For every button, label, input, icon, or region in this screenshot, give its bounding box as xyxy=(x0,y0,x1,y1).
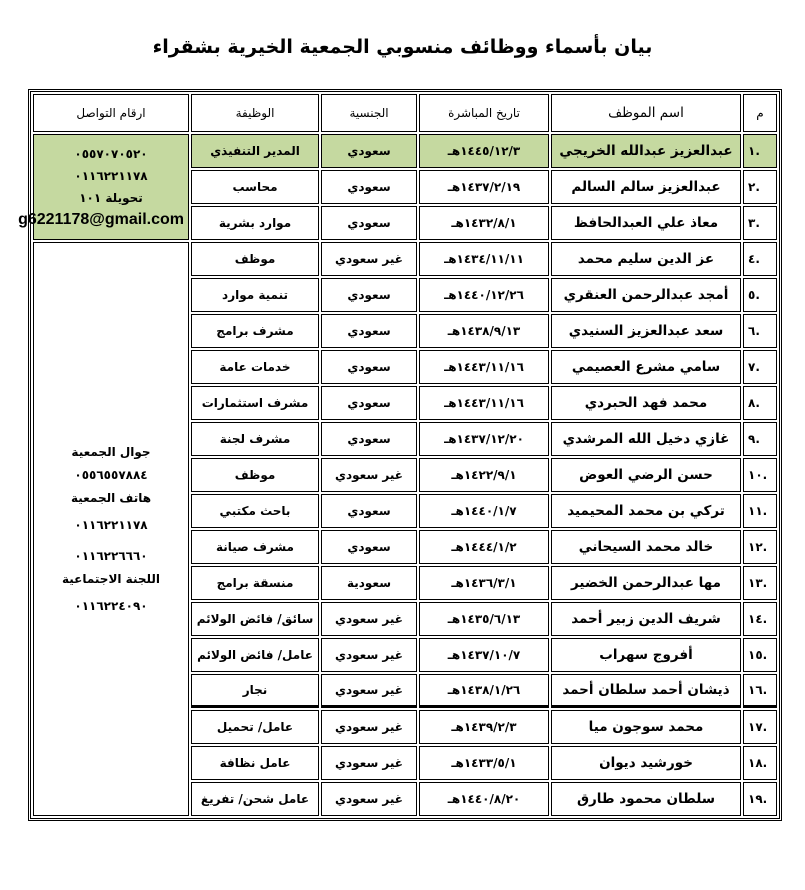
row-name: ذيشان أحمد سلطان أحمد xyxy=(551,674,741,708)
table-header-row: م اسم الموظف تاريخ المباشرة الجنسية الوظ… xyxy=(33,94,777,132)
row-job: موظف xyxy=(191,242,319,276)
row-num: .٨ xyxy=(743,386,777,420)
row-date: ١٤٢٢/٩/١هـ xyxy=(419,458,549,492)
row-name: حسن الرضي العوض xyxy=(551,458,741,492)
header-nationality: الجنسية xyxy=(321,94,417,132)
row-nationality: سعودية xyxy=(321,566,417,600)
row-num: .١٦ xyxy=(743,674,777,708)
row-date: ١٤٣٣/٥/١هـ xyxy=(419,746,549,780)
row-nationality: غير سعودي xyxy=(321,638,417,672)
row-nationality: سعودي xyxy=(321,530,417,564)
row-name: عبدالعزيز عبدالله الخريجي xyxy=(551,134,741,168)
row-job: خدمات عامة xyxy=(191,350,319,384)
row-job: محاسب xyxy=(191,170,319,204)
row-name: سلطان محمود طارق xyxy=(551,782,741,816)
row-date: ١٤٣٧/٢/١٩هـ xyxy=(419,170,549,204)
row-name: أفروج سهراب xyxy=(551,638,741,672)
row-job: عامل نظافة xyxy=(191,746,319,780)
row-nationality: غير سعودي xyxy=(321,242,417,276)
row-num: .٦ xyxy=(743,314,777,348)
row-name: سعد عبدالعزيز السنيدي xyxy=(551,314,741,348)
row-name: معاذ علي العبدالحافظ xyxy=(551,206,741,240)
row-num: .١٠ xyxy=(743,458,777,492)
row-nationality: غير سعودي xyxy=(321,782,417,816)
row-num: .١ xyxy=(743,134,777,168)
contact-mobile-label: جوال الجمعية xyxy=(38,441,184,464)
row-num: .٤ xyxy=(743,242,777,276)
row-date: ١٤٤٣/١١/١٦هـ xyxy=(419,386,549,420)
row-job: المدير التنفيذي xyxy=(191,134,319,168)
row-num: .١٥ xyxy=(743,638,777,672)
row-job: مشرف لجنة xyxy=(191,422,319,456)
row-job: باحث مكتبي xyxy=(191,494,319,528)
row-num: .٥ xyxy=(743,278,777,312)
row-name: مها عبدالرحمن الخضير xyxy=(551,566,741,600)
row-job: منسقة برامج xyxy=(191,566,319,600)
row-nationality: سعودي xyxy=(321,422,417,456)
row-date: ١٤٤٠/١/٧هـ xyxy=(419,494,549,528)
row-date: ١٤٣٧/١٠/٧هـ xyxy=(419,638,549,672)
row-nationality: غير سعودي xyxy=(321,710,417,744)
row-date: ١٤٤٥/١٢/٣هـ xyxy=(419,134,549,168)
row-job: عامل شحن/ تفريغ xyxy=(191,782,319,816)
row-name: سامي مشرع العصيمي xyxy=(551,350,741,384)
document-title: بيان بأسماء ووظائف منسوبي الجمعية الخيري… xyxy=(0,36,805,58)
row-nationality: سعودي xyxy=(321,134,417,168)
row-job: سائق/ فائض الولائم xyxy=(191,602,319,636)
header-date: تاريخ المباشرة xyxy=(419,94,549,132)
row-num: .١٨ xyxy=(743,746,777,780)
row-job: عامل/ فائض الولائم xyxy=(191,638,319,672)
row-name: غازي دخيل الله المرشدي xyxy=(551,422,741,456)
row-nationality: سعودي xyxy=(321,170,417,204)
header-name: اسم الموظف xyxy=(551,94,741,132)
contact-cell-primary: ٠٥٥٧٠٧٠٥٢٠ ٠١١٦٢٢١١٧٨ تحويلة ١٠١ g622117… xyxy=(33,134,189,240)
row-nationality: غير سعودي xyxy=(321,674,417,708)
row-num: .١٧ xyxy=(743,710,777,744)
contact-mobile: ٠٥٥٦٥٥٧٨٨٤ xyxy=(38,464,184,487)
row-nationality: سعودي xyxy=(321,350,417,384)
contact-committee-label: اللجنة الاجتماعية xyxy=(38,568,184,591)
row-nationality: سعودي xyxy=(321,386,417,420)
row-num: .١٩ xyxy=(743,782,777,816)
contact-email[interactable]: g6221178@gmail.com xyxy=(38,209,184,231)
row-num: .٢ xyxy=(743,170,777,204)
contact-cell-secondary: جوال الجمعية ٠٥٥٦٥٥٧٨٨٤ هاتف الجمعية ٠١١… xyxy=(33,242,189,816)
row-nationality: غير سعودي xyxy=(321,746,417,780)
row-date: ١٤٣٦/٣/١هـ xyxy=(419,566,549,600)
staff-table-container: م اسم الموظف تاريخ المباشرة الجنسية الوظ… xyxy=(28,89,782,821)
contact-phone-1: ٠١١٦٢٢١١٧٨ xyxy=(38,514,184,537)
row-name: محمد فهد الحبردي xyxy=(551,386,741,420)
row-nationality: غير سعودي xyxy=(321,602,417,636)
contact-committee-phone: ٠١١٦٢٢٤٠٩٠ xyxy=(38,595,184,618)
row-name: خورشيد ديوان xyxy=(551,746,741,780)
row-date: ١٤٣٨/٩/١٣هـ xyxy=(419,314,549,348)
row-num: .٩ xyxy=(743,422,777,456)
row-name: خالد محمد السيحاني xyxy=(551,530,741,564)
contact-phone-2: ٠١١٦٢٢٦٦٦٠ xyxy=(38,545,184,568)
row-date: ١٤٣٤/١١/١١هـ xyxy=(419,242,549,276)
row-name: تركي بن محمد المحيميد xyxy=(551,494,741,528)
row-nationality: سعودي xyxy=(321,206,417,240)
row-job: مشرف برامج xyxy=(191,314,319,348)
row-nationality: سعودي xyxy=(321,278,417,312)
row-job: نجار xyxy=(191,674,319,708)
contact-mobile: ٠٥٥٧٠٧٠٥٢٠ xyxy=(38,143,184,165)
row-date: ١٤٣٩/٢/٣هـ xyxy=(419,710,549,744)
row-date: ١٤٣٢/٨/١هـ xyxy=(419,206,549,240)
staff-table: م اسم الموظف تاريخ المباشرة الجنسية الوظ… xyxy=(31,92,779,818)
table-row: .٤ عز الدين سليم محمد ١٤٣٤/١١/١١هـ غير س… xyxy=(33,242,777,276)
row-date: ١٤٤٤/١/٢هـ xyxy=(419,530,549,564)
row-name: أمجد عبدالرحمن العنقري xyxy=(551,278,741,312)
row-job: موارد بشرية xyxy=(191,206,319,240)
row-name: شريف الدين زبير أحمد xyxy=(551,602,741,636)
row-job: عامل/ تحميل xyxy=(191,710,319,744)
row-date: ١٤٤٣/١١/١٦هـ xyxy=(419,350,549,384)
row-date: ١٤٣٧/١٢/٢٠هـ xyxy=(419,422,549,456)
row-num: .١١ xyxy=(743,494,777,528)
row-job: تنمية موارد xyxy=(191,278,319,312)
row-nationality: سعودي xyxy=(321,314,417,348)
header-num: م xyxy=(743,94,777,132)
row-name: محمد سوجون ميا xyxy=(551,710,741,744)
row-date: ١٤٤٠/١٢/٢٦هـ xyxy=(419,278,549,312)
contact-phone-label: هاتف الجمعية xyxy=(38,487,184,510)
row-num: .١٣ xyxy=(743,566,777,600)
header-contact: ارقام التواصل xyxy=(33,94,189,132)
contact-phone: ٠١١٦٢٢١١٧٨ xyxy=(38,165,184,187)
row-date: ١٤٤٠/٨/٢٠هـ xyxy=(419,782,549,816)
row-num: .٣ xyxy=(743,206,777,240)
row-num: .١٢ xyxy=(743,530,777,564)
row-job: مشرف استثمارات xyxy=(191,386,319,420)
row-date: ١٤٣٥/٦/١٣هـ xyxy=(419,602,549,636)
row-num: .٧ xyxy=(743,350,777,384)
row-date: ١٤٣٨/١/٢٦هـ xyxy=(419,674,549,708)
contact-extension: تحويلة ١٠١ xyxy=(38,187,184,209)
header-job: الوظيفة xyxy=(191,94,319,132)
row-nationality: سعودي xyxy=(321,494,417,528)
row-name: عز الدين سليم محمد xyxy=(551,242,741,276)
row-job: مشرف صيانة xyxy=(191,530,319,564)
row-name: عبدالعزيز سالم السالم xyxy=(551,170,741,204)
table-row: .١ عبدالعزيز عبدالله الخريجي ١٤٤٥/١٢/٣هـ… xyxy=(33,134,777,168)
row-nationality: غير سعودي xyxy=(321,458,417,492)
row-job: موظف xyxy=(191,458,319,492)
row-num: .١٤ xyxy=(743,602,777,636)
